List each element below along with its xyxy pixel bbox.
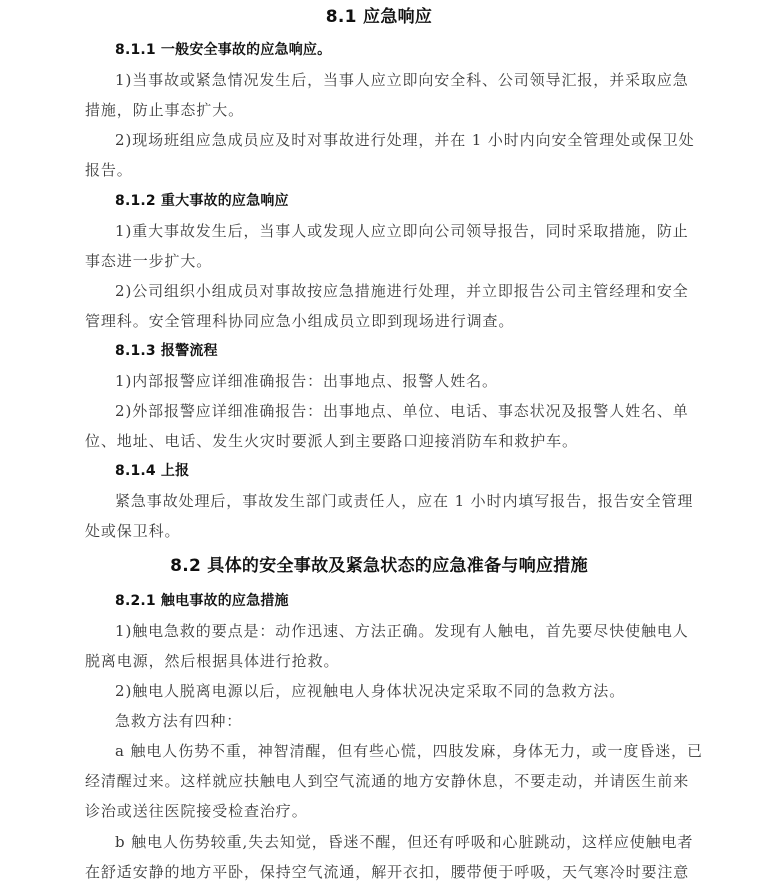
paragraph-line: 2)触电人脱离电源以后，应视触电人身体状况决定采取不同的急救方法。 <box>85 676 673 706</box>
paragraph-line: 事态进一步扩大。 <box>85 246 673 276</box>
subsection-title-8-1-4: 8.1.4 上报 <box>85 456 673 486</box>
paragraph-line: 急救方法有四种： <box>85 706 673 736</box>
paragraph-line: 脱离电源，然后根据具体进行抢救。 <box>85 646 673 676</box>
section-title-8-2: 8.2 具体的安全事故及紧急状态的应急准备与响应措施 <box>85 551 673 581</box>
paragraph-line: 报告。 <box>85 155 673 185</box>
subsection-title-8-2-1: 8.2.1 触电事故的应急措施 <box>85 586 673 616</box>
paragraph-line: 1)内部报警应详细准确报告：出事地点、报警人姓名。 <box>85 366 673 396</box>
paragraph-line: 措施，防止事态扩大。 <box>85 95 673 125</box>
paragraph-line: 管理科。安全管理科协同应急小组成员立即到现场进行调查。 <box>85 306 673 336</box>
paragraph-line: 2)公司组织小组成员对事故按应急措施进行处理，并立即报告公司主管经理和安全 <box>85 276 673 306</box>
section-title-8-1: 8.1 应急响应 <box>85 2 673 32</box>
paragraph-line: 2)外部报警应详细准确报告：出事地点、单位、电话、事态状况及报警人姓名、单 <box>85 396 673 426</box>
paragraph-line: 1)当事故或紧急情况发生后，当事人应立即向安全科、公司领导汇报，并采取应急 <box>85 65 673 95</box>
paragraph-line: 经清醒过来。这样就应扶触电人到空气流通的地方安静休息，不要走动，并请医生前来 <box>85 766 673 796</box>
subsection-title-8-1-3: 8.1.3 报警流程 <box>85 336 673 366</box>
paragraph-line: 在舒适安静的地方平卧，保持空气流通，解开衣扣，腰带便于呼吸，天气寒冷时要注意 <box>85 857 673 887</box>
paragraph-line: 紧急事故处理后，事故发生部门或责任人，应在 1 小时内填写报告，报告安全管理 <box>85 486 673 516</box>
subsection-title-8-1-2: 8.1.2 重大事故的应急响应 <box>85 186 673 216</box>
paragraph-line: 1)重大事故发生后，当事人或发现人应立即向公司领导报告，同时采取措施，防止 <box>85 216 673 246</box>
paragraph-line: 处或保卫科。 <box>85 516 673 546</box>
paragraph-line: 2)现场班组应急成员应及时对事故进行处理，并在 1 小时内向安全管理处或保卫处 <box>85 125 673 155</box>
paragraph-line: a 触电人伤势不重，神智清醒，但有些心慌，四肢发麻，身体无力，或一度昏迷，已 <box>85 736 673 766</box>
paragraph-line: 1)触电急救的要点是：动作迅速、方法正确。发现有人触电，首先要尽快使触电人 <box>85 616 673 646</box>
paragraph-line: b 触电人伤势较重,失去知觉，昏迷不醒，但还有呼吸和心脏跳动，这样应使触电者 <box>85 827 673 857</box>
paragraph-line: 位、地址、电话、发生火灾时要派人到主要路口迎接消防车和救护车。 <box>85 426 673 456</box>
paragraph-line: 诊治或送往医院接受检查治疗。 <box>85 796 673 826</box>
subsection-title-8-1-1: 8.1.1 一般安全事故的应急响应。 <box>85 35 673 65</box>
